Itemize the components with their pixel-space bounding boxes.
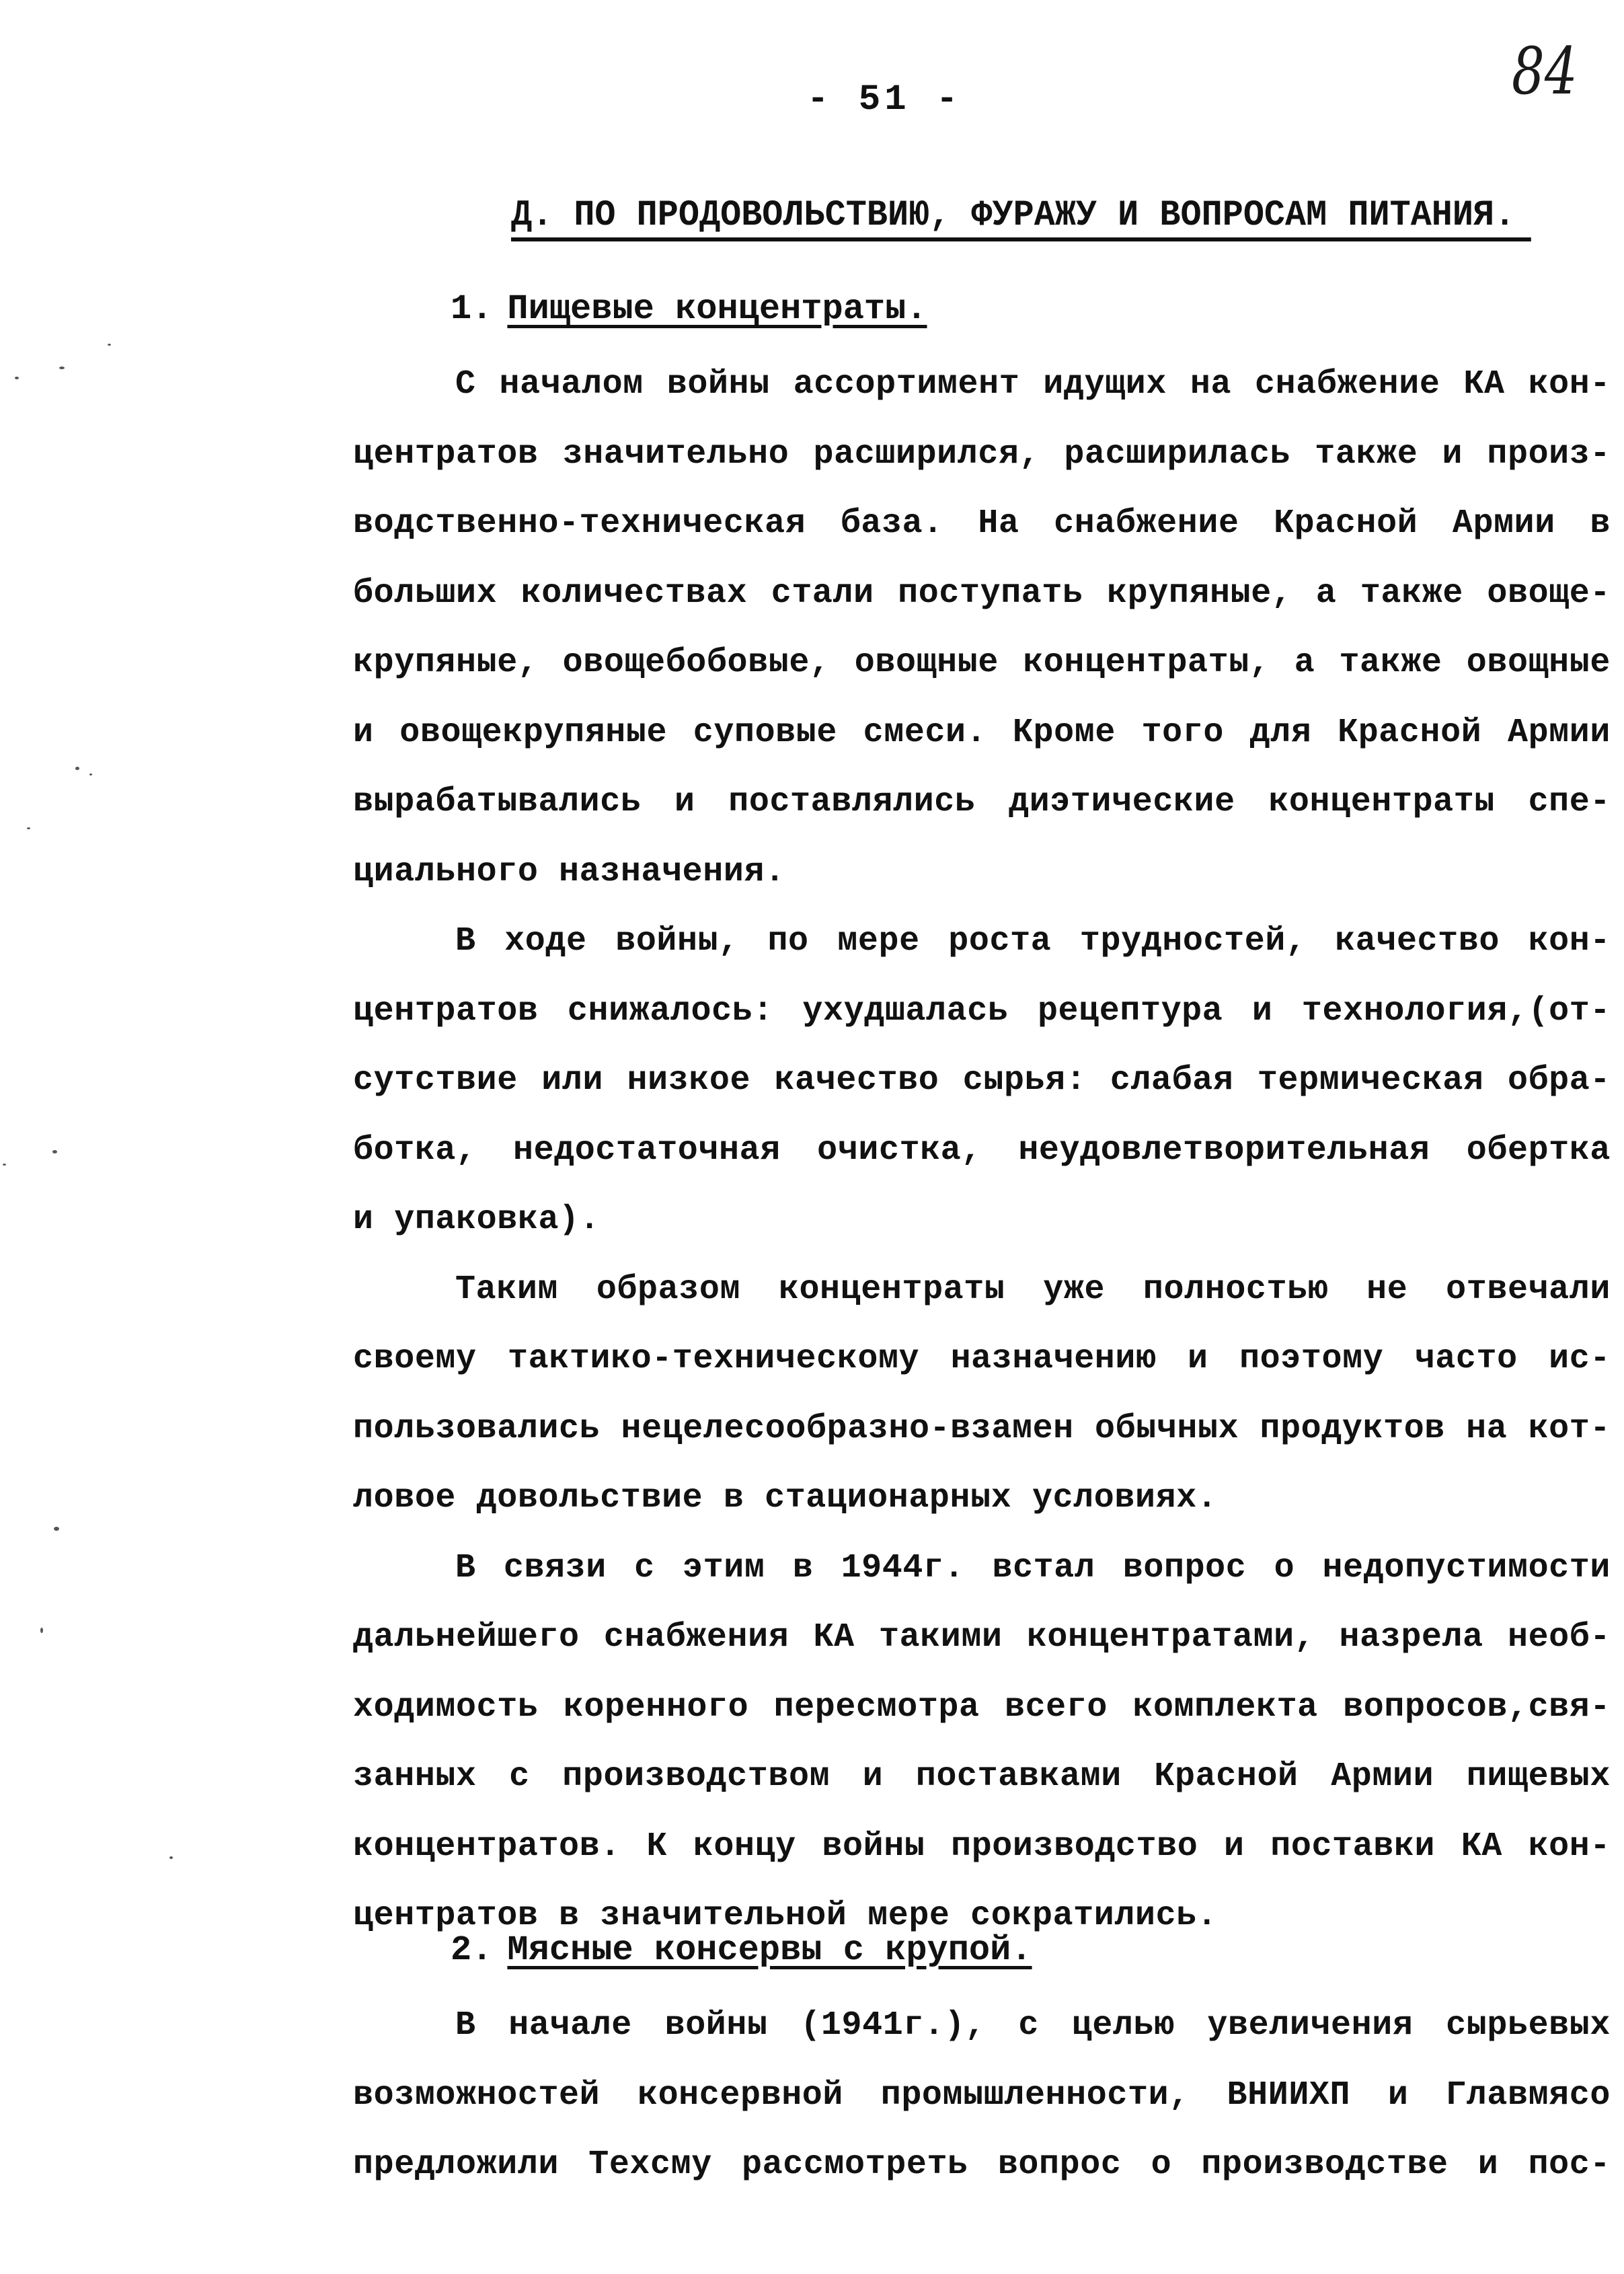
text-line: центратов снижалось: ухудшалась рецептур…	[353, 977, 1611, 1047]
page-number: - 51 -	[807, 79, 962, 120]
text-line: сутствие или низкое качество сырья: слаб…	[353, 1046, 1611, 1116]
text-line: предложили Техсму рассмотреть вопрос о п…	[353, 2130, 1611, 2200]
section-title-text: Мясные консервы с крупой.	[507, 1930, 1032, 1970]
text-line: водственно-техническая база. На снабжени…	[353, 489, 1611, 559]
text-line: ходимость коренного пересмотра всего ком…	[353, 1673, 1611, 1743]
text-line: ловое довольствие в стационарных условия…	[353, 1464, 1611, 1533]
document-page: - 51 - 84 Д. ПО ПРОДОВОЛЬСТВИЮ, ФУРАЖУ И…	[0, 0, 1624, 2274]
text-line: ботка, недостаточная очистка, неудовлетв…	[353, 1116, 1611, 1186]
text-line: пользовались нецелесообразно-взамен обыч…	[353, 1394, 1611, 1464]
section-title-text: Пищевые концентраты.	[507, 289, 927, 329]
text-line: В связи с этим в 1944г. встал вопрос о н…	[353, 1533, 1611, 1603]
text-line: и овощекрупяные суповые смеси. Кроме тог…	[353, 698, 1611, 768]
text-line: дальнейшего снабжения КА такими концентр…	[353, 1603, 1611, 1673]
text-line: С началом войны ассортимент идущих на сн…	[353, 350, 1611, 420]
section-title-1: 1.Пищевые концентраты.	[451, 289, 927, 329]
section-2-body: В начале войны (1941г.), с целью увеличе…	[353, 1991, 1611, 2200]
text-line: больших количествах стали поступать круп…	[353, 559, 1611, 629]
text-line: центратов значительно расширился, расшир…	[353, 420, 1611, 490]
text-line: вырабатывались и поставлялись диэтически…	[353, 767, 1611, 837]
text-line: В ходе войны, по мере роста трудностей, …	[353, 907, 1611, 977]
text-line: возможностей консервной промышленности, …	[353, 2061, 1611, 2131]
text-line: концентратов. К концу войны производство…	[353, 1812, 1611, 1882]
section-1-body: С началом войны ассортимент идущих на сн…	[353, 350, 1611, 1951]
handwritten-archive-number: 84	[1512, 34, 1578, 109]
text-line: циального назначения.	[353, 837, 1611, 907]
text-line: В начале войны (1941г.), с целью увеличе…	[353, 1991, 1611, 2061]
text-line: своему тактико-техническому назначению и…	[353, 1324, 1611, 1394]
text-line: крупяные, овощебобовые, овощные концентр…	[353, 628, 1611, 698]
section-number: 2.	[451, 1930, 492, 1970]
text-line: занных с производством и поставками Крас…	[353, 1742, 1611, 1812]
section-title-2: 2.Мясные консервы с крупой.	[451, 1930, 1032, 1970]
section-number: 1.	[451, 289, 492, 329]
text-line: Таким образом концентраты уже полностью …	[353, 1255, 1611, 1325]
chapter-heading: Д. ПО ПРОДОВОЛЬСТВИЮ, ФУРАЖУ И ВОПРОСАМ …	[511, 195, 1531, 241]
text-line: и упаковка).	[353, 1185, 1611, 1255]
